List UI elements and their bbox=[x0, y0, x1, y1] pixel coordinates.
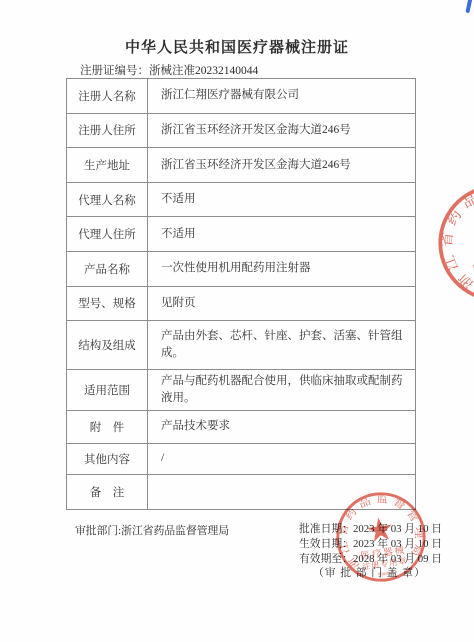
field-value: 不适用 bbox=[148, 217, 416, 252]
registration-seal-partial: 浙江省药品监督管理局 医疗器械 注册专用章 01060148 bbox=[434, 180, 474, 306]
field-value: 浙江省玉环经济开发区金海大道246号 bbox=[148, 148, 416, 183]
effective-date-label: 生效日期： bbox=[299, 538, 353, 550]
effective-date-value: 2023 年 03 月 10 日 bbox=[353, 538, 442, 550]
approve-date-label: 批准日期： bbox=[299, 523, 353, 535]
field-label: 备 注 bbox=[67, 474, 148, 509]
field-value: 浙江仁翔医疗器械有限公司 bbox=[148, 79, 416, 114]
field-label: 注册人住所 bbox=[67, 113, 148, 148]
seal-authority-text: 浙江省药品监督管理局 bbox=[434, 180, 474, 297]
svg-text:浙江省药品监督管理局: 浙江省药品监督管理局 bbox=[434, 180, 474, 297]
certificate-table: 注册人名称 浙江仁翔医疗器械有限公司 注册人住所 浙江省玉环经济开发区金海大道2… bbox=[66, 78, 416, 510]
field-value bbox=[148, 474, 416, 509]
field-value: / bbox=[148, 443, 416, 474]
field-value: 见附页 bbox=[148, 286, 416, 321]
expiry-date-label: 有效期至： bbox=[299, 553, 353, 565]
approve-date-line: 批准日期：2023 年 03 月 10 日 bbox=[299, 522, 442, 537]
table-row: 注册人住所 浙江省玉环经济开发区金海大道246号 bbox=[67, 113, 416, 148]
cert-number-line: 注册证编号：浙械注准20232140044 bbox=[80, 62, 258, 78]
page-title: 中华人民共和国医疗器械注册证 bbox=[0, 36, 474, 57]
table-row: 附 件 产品技术要求 bbox=[67, 410, 416, 443]
approval-department: 审批部门:浙江省药品监督管理局 bbox=[75, 523, 229, 538]
table-row: 备 注 bbox=[67, 474, 416, 509]
table-row: 代理人名称 不适用 bbox=[67, 182, 416, 217]
cert-number-label: 注册证编号： bbox=[80, 65, 149, 77]
field-label: 生产地址 bbox=[67, 148, 148, 183]
table-row: 产品名称 一次性使用机用配药用注射器 bbox=[67, 251, 416, 286]
field-value: 产品与配药机器配合使用，供临床抽取或配制药液用。 bbox=[148, 370, 416, 410]
field-value: 不适用 bbox=[148, 182, 416, 217]
field-label: 注册人名称 bbox=[67, 79, 148, 114]
expiry-date-value: 2028 年 03 月 09 日 bbox=[353, 553, 442, 565]
field-value: 浙江省玉环经济开发区金海大道246号 bbox=[148, 113, 416, 148]
field-value: 产品技术要求 bbox=[148, 410, 416, 443]
certificate-page: 中华人民共和国医疗器械注册证 注册证编号：浙械注准20232140044 注册人… bbox=[0, 0, 474, 642]
table-row: 适用范围 产品与配药机器配合使用，供临床抽取或配制药液用。 bbox=[67, 370, 416, 410]
table-row: 型号、规格 见附页 bbox=[67, 286, 416, 321]
field-label: 结构及组成 bbox=[67, 321, 148, 370]
field-value: 一次性使用机用配药用注射器 bbox=[148, 251, 416, 286]
effective-date-line: 生效日期：2023 年 03 月 10 日 bbox=[299, 537, 442, 552]
field-label: 适用范围 bbox=[67, 370, 148, 410]
field-label: 其他内容 bbox=[67, 443, 148, 474]
table-row: 其他内容 / bbox=[67, 443, 416, 474]
expiry-date-line: 有效期至：2028 年 03 月 09 日 bbox=[299, 552, 442, 567]
table-row: 代理人住所 不适用 bbox=[67, 217, 416, 252]
table-row: 注册人名称 浙江仁翔医疗器械有限公司 bbox=[67, 79, 416, 114]
stamp-note: （审 批 部 门 盖 章） bbox=[299, 566, 442, 581]
field-label: 代理人名称 bbox=[67, 182, 148, 217]
pen-mark bbox=[465, 0, 472, 13]
field-label: 产品名称 bbox=[67, 251, 148, 286]
field-label: 附 件 bbox=[67, 410, 148, 443]
cert-number-value: 浙械注准20232140044 bbox=[149, 65, 258, 77]
field-value: 产品由外套、芯杆、针座、护套、活塞、针管组成。 bbox=[148, 321, 416, 370]
approve-date-value: 2023 年 03 月 10 日 bbox=[353, 523, 442, 535]
table-row: 生产地址 浙江省玉环经济开发区金海大道246号 bbox=[67, 148, 416, 183]
field-label: 型号、规格 bbox=[67, 286, 148, 321]
date-block: 批准日期：2023 年 03 月 10 日 生效日期：2023 年 03 月 1… bbox=[299, 522, 442, 581]
field-label: 代理人住所 bbox=[67, 217, 148, 252]
table-row: 结构及组成 产品由外套、芯杆、针座、护套、活塞、针管组成。 bbox=[67, 321, 416, 370]
